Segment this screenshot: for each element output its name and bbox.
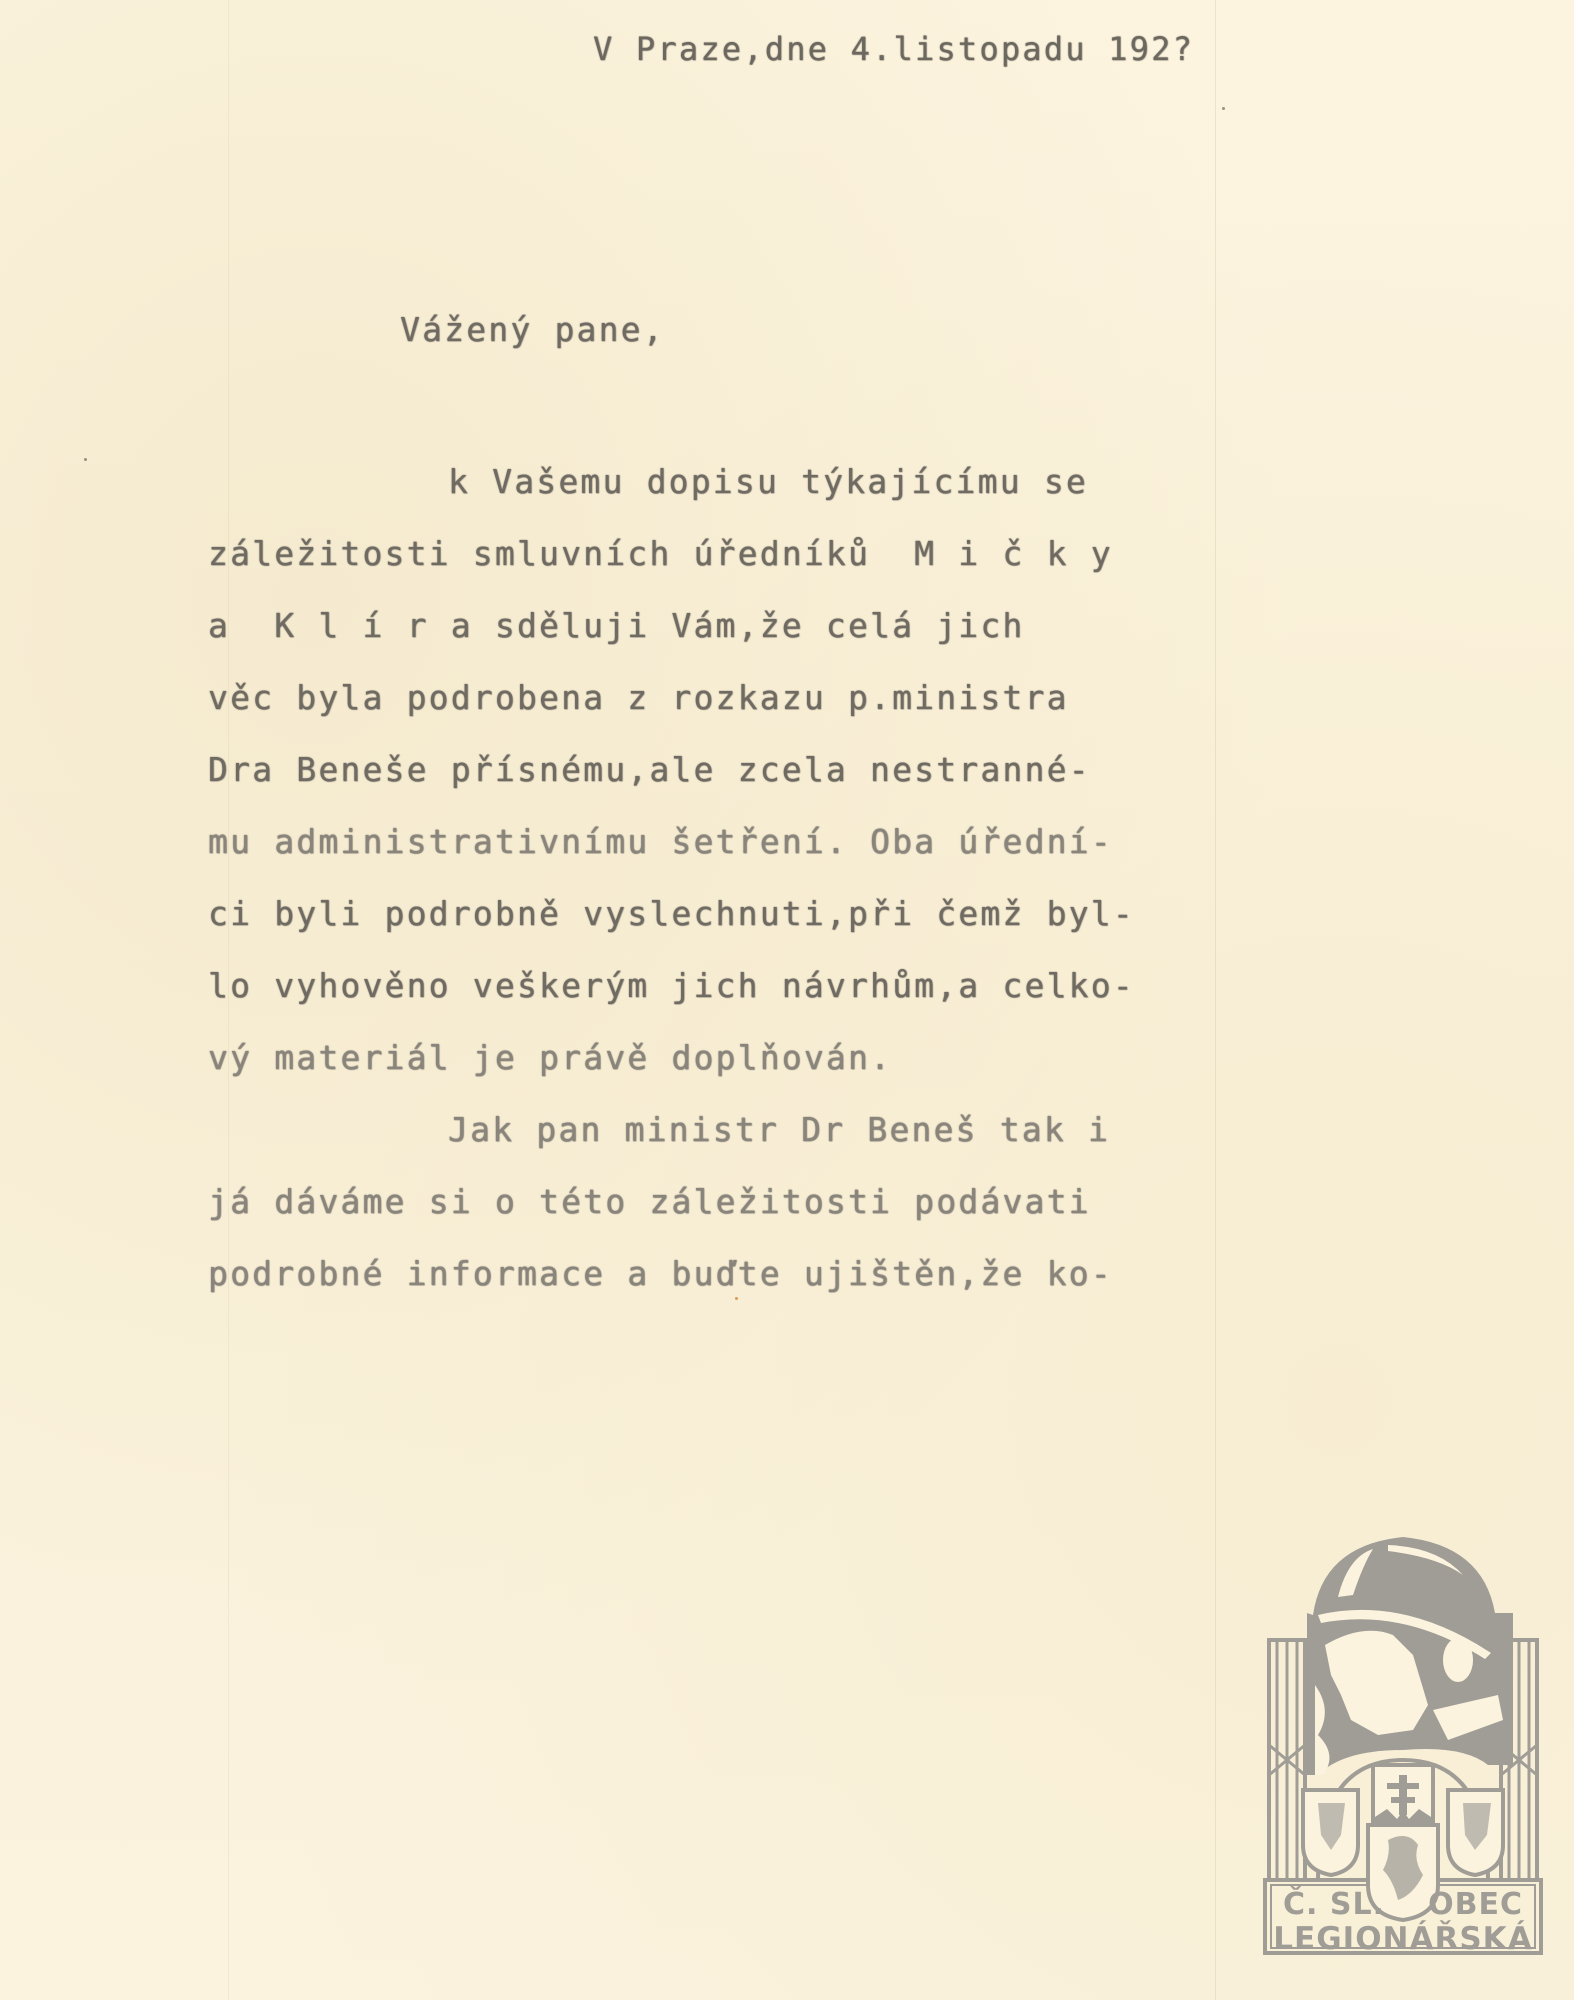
paper-crease bbox=[1215, 0, 1216, 2000]
paper-speck bbox=[735, 1297, 738, 1300]
letter-page: V Praze,dne 4.listopadu 192? Vážený pane… bbox=[0, 0, 1574, 2000]
date-line: V Praze,dne 4.listopadu 192? bbox=[593, 30, 1194, 68]
paper-speck bbox=[84, 458, 87, 461]
text-line: k Vašemu dopisu týkajícímu se bbox=[448, 462, 1088, 501]
text-line: podrobné informace a buďte ujištěn,že ko… bbox=[208, 1254, 1113, 1293]
text-line: ci byli podrobně vyslechnuti,při čemž by… bbox=[208, 894, 1135, 933]
text-line: záležitosti smluvních úředníků M i č k y bbox=[208, 534, 1113, 573]
logo-text-line1: Č. SL. OBEC bbox=[1263, 1887, 1543, 1922]
text-line: věc byla podrobena z rozkazu p.ministra bbox=[208, 678, 1069, 717]
logo-text-legionarska: LEGIONÁŘSKÁ bbox=[1263, 1921, 1543, 1957]
text-line: Dra Beneše přísnému,ale zcela nestranné- bbox=[208, 750, 1091, 789]
salutation: Vážený pane, bbox=[400, 310, 665, 349]
logo-text-obec: OBEC bbox=[1428, 1887, 1523, 1922]
text-line: já dáváme si o této záležitosti podávati bbox=[208, 1182, 1091, 1221]
legion-logo-watermark: Č. SL. OBEC LEGIONÁŘSKÁ bbox=[1263, 1535, 1543, 1955]
text-line: Jak pan ministr Dr Beneš tak i bbox=[448, 1110, 1110, 1149]
paper-speck bbox=[1222, 107, 1225, 110]
text-line: vý materiál je právě doplňován. bbox=[208, 1038, 892, 1077]
text-line: a K l í r a sděluji Vám,že celá jich bbox=[208, 606, 1025, 645]
text-line: lo vyhověno veškerým jich návrhům,a celk… bbox=[208, 966, 1135, 1005]
logo-text-csl: Č. SL. bbox=[1283, 1887, 1385, 1922]
text-line: mu administrativnímu šetření. Oba úřední… bbox=[208, 822, 1113, 861]
